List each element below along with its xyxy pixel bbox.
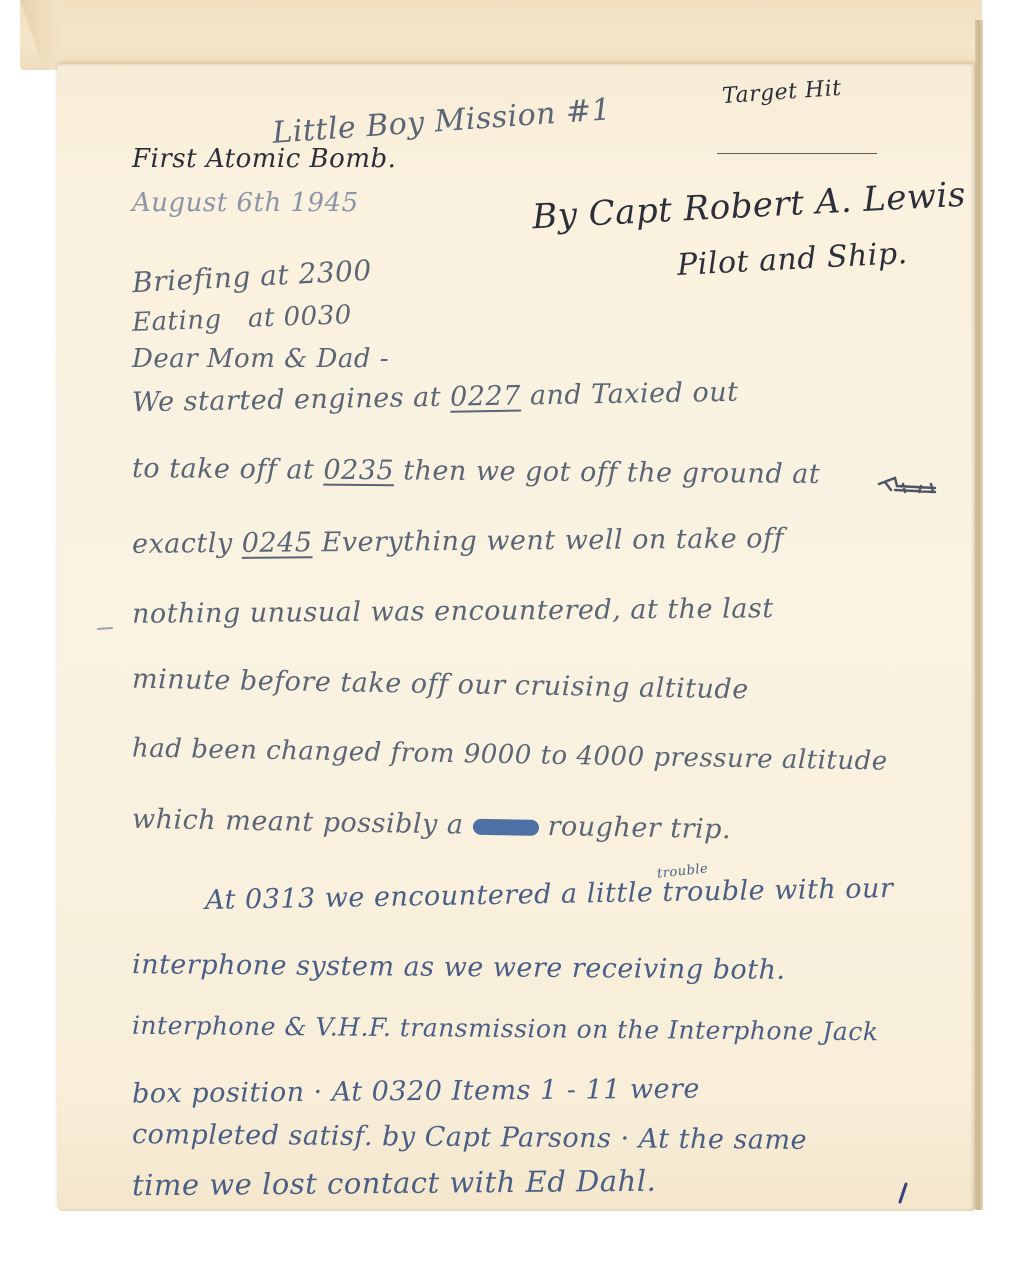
time-value: 0227 [450, 381, 521, 413]
mission-subtitle: First Atomic Bomb. [132, 144, 396, 174]
schedule-time: at 0030 [247, 300, 352, 334]
target-hit-annotation: Target Hit [721, 76, 842, 109]
target-hit-underline [717, 153, 877, 154]
line-text: Everything went well on take off [312, 523, 784, 558]
previous-page-fold [20, 0, 982, 70]
body-line-2: to take off at 0235 then we got off the … [132, 453, 820, 490]
schedule-briefing: Briefing at 2300 [131, 254, 372, 300]
line-text: to take off at [132, 453, 324, 486]
salutation: Dear Mom & Dad - [132, 344, 389, 374]
time-value: 0245 [242, 527, 313, 559]
line-text: We started engines at [132, 382, 451, 419]
airplane-doodle-icon [875, 472, 939, 498]
line-text: and Taxied out [521, 377, 739, 412]
margin-tick-icon [97, 624, 113, 634]
line-text: exactly [132, 528, 242, 560]
body-line-13: time we lost contact with Ed Dahl. [132, 1164, 657, 1203]
body-line-10: interphone & V.H.F. transmission on the … [132, 1011, 879, 1047]
body-line-11: box position · At 0320 Items 1 - 11 were [132, 1074, 700, 1110]
line-text: then we got off the ground at [394, 455, 820, 490]
ink-stroke-mark-icon [897, 1182, 909, 1204]
body-line-1: We started engines at 0227 and Taxied ou… [132, 377, 739, 419]
schedule-label: Briefing [131, 260, 251, 299]
body-line-7: which meant possibly a rougher trip. [132, 804, 732, 845]
schedule-time: at 2300 [259, 254, 372, 293]
page-stack-edge [975, 20, 983, 1210]
line-text: rougher trip. [538, 811, 731, 845]
body-line-4: nothing unusual was encountered, at the … [132, 593, 774, 630]
time-value: 0235 [323, 455, 394, 487]
body-line-5: minute before take off our cruising alti… [132, 664, 749, 706]
body-line-3: exactly 0245 Everything went well on tak… [132, 523, 784, 560]
body-line-8: At 0313 we encountered a little trouble … [205, 873, 894, 916]
body-line-6: had been changed from 9000 to 4000 press… [132, 733, 888, 776]
schedule-label: Eating [132, 305, 223, 338]
mission-title: Little Boy Mission #1 [271, 92, 612, 151]
body-line-12: completed satisf. by Capt Parsons · At t… [132, 1119, 807, 1156]
schedule-eating: Eating at 0030 [132, 300, 353, 338]
mission-date: August 6th 1945 [132, 188, 359, 218]
body-line-9: interphone system as we were receiving b… [132, 949, 786, 986]
byline-author: By Capt Robert A. Lewis [531, 175, 966, 238]
line-text: which meant possibly a [132, 804, 473, 841]
scribbled-out-word [472, 818, 538, 835]
notebook-page: Little Boy Mission #1 First Atomic Bomb.… [57, 64, 975, 1211]
byline-role: Pilot and Ship. [676, 236, 908, 283]
